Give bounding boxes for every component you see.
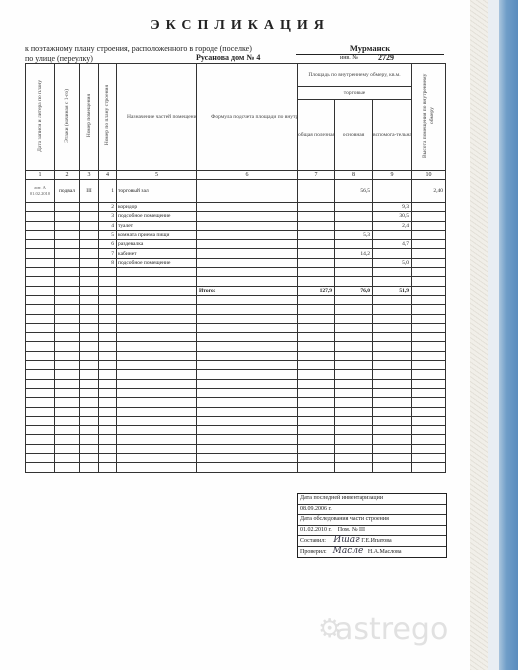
table-cell — [298, 361, 335, 370]
plan-number-cell: 4 — [99, 221, 117, 230]
inventory-label: инв. № — [340, 55, 358, 61]
column-number: 6 — [197, 171, 298, 180]
table-cell — [99, 463, 117, 472]
basic-area-cell — [335, 203, 373, 212]
table-cell — [55, 240, 80, 249]
table-cell — [373, 314, 412, 323]
table-cell — [99, 416, 117, 425]
height-cell — [412, 258, 446, 267]
purpose-cell: подсобное помещение — [117, 258, 197, 267]
table-cell — [197, 426, 298, 435]
purpose-cell: коридор — [117, 203, 197, 212]
header-room-number: Номер помещения — [80, 64, 99, 171]
table-cell — [80, 435, 99, 444]
table-cell — [335, 323, 373, 332]
purpose-cell: подсобное помещение — [117, 212, 197, 221]
table-cell — [55, 277, 80, 286]
table-cell — [298, 388, 335, 397]
table-cell — [55, 203, 80, 212]
table-cell — [26, 333, 55, 342]
table-cell — [373, 463, 412, 472]
table-cell — [197, 333, 298, 342]
table-cell — [55, 258, 80, 267]
table-cell — [55, 323, 80, 332]
basic-area-cell: 56,5 — [335, 180, 373, 203]
table-cell — [373, 379, 412, 388]
table-row: 7кабинет14,2 — [26, 249, 446, 258]
table-cell — [26, 277, 55, 286]
table-cell — [373, 277, 412, 286]
table-cell — [197, 221, 298, 230]
table-cell — [197, 407, 298, 416]
table-cell — [117, 295, 197, 304]
table-cell — [80, 258, 99, 267]
table-cell — [26, 444, 55, 453]
table-cell — [55, 426, 80, 435]
table-cell — [298, 342, 335, 351]
basic-area-cell: 14,2 — [335, 249, 373, 258]
table-cell — [117, 314, 197, 323]
table-cell — [26, 212, 55, 221]
table-cell — [26, 361, 55, 370]
table-cell — [55, 212, 80, 221]
table-cell — [335, 361, 373, 370]
table-cell — [55, 305, 80, 314]
aux-area-cell: 2,4 — [373, 221, 412, 230]
table-cell — [99, 351, 117, 360]
table-cell — [99, 314, 117, 323]
table-row — [26, 407, 446, 416]
table-cell — [412, 342, 446, 351]
table-cell — [298, 203, 335, 212]
street-line: по улице (переулку) — [25, 54, 93, 63]
table-cell — [412, 268, 446, 277]
table-cell — [55, 351, 80, 360]
table-row — [26, 351, 446, 360]
table-cell — [26, 240, 55, 249]
table-cell — [99, 407, 117, 416]
folder-edge — [499, 0, 518, 670]
watermark-text: astrego — [335, 612, 448, 647]
table-row: Итого:127,976,051,9 — [26, 286, 446, 295]
table-cell — [373, 407, 412, 416]
total-label: Итого: — [197, 286, 298, 295]
table-cell — [335, 342, 373, 351]
table-row — [26, 370, 446, 379]
table-cell — [55, 342, 80, 351]
table-row — [26, 398, 446, 407]
table-cell — [298, 249, 335, 258]
table-cell — [197, 435, 298, 444]
table-cell — [298, 258, 335, 267]
table-cell — [99, 379, 117, 388]
table-cell — [99, 370, 117, 379]
column-number: 7 — [298, 171, 335, 180]
table-cell — [197, 379, 298, 388]
plan-number-cell: 7 — [99, 249, 117, 258]
table-cell — [335, 463, 373, 472]
table-cell — [412, 398, 446, 407]
plan-number-cell: 5 — [99, 230, 117, 239]
table-cell — [298, 463, 335, 472]
table-cell — [26, 305, 55, 314]
table-cell — [197, 305, 298, 314]
table-cell — [412, 361, 446, 370]
table-cell — [197, 203, 298, 212]
column-number: 3 — [80, 171, 99, 180]
table-row — [26, 342, 446, 351]
basic-area-cell — [335, 212, 373, 221]
table-cell — [373, 398, 412, 407]
table-cell — [373, 268, 412, 277]
column-number: 4 — [99, 171, 117, 180]
column-number: 1 — [26, 171, 55, 180]
table-row: 6раздевалка4,7 — [26, 240, 446, 249]
table-row — [26, 305, 446, 314]
table-cell — [117, 416, 197, 425]
table-cell — [298, 277, 335, 286]
table-cell — [197, 454, 298, 463]
table-cell — [26, 454, 55, 463]
table-cell — [298, 379, 335, 388]
table-cell — [373, 305, 412, 314]
table-cell — [412, 351, 446, 360]
table-cell — [373, 370, 412, 379]
table-cell — [55, 388, 80, 397]
inventory-number: 2729 — [378, 53, 394, 62]
table-cell — [373, 295, 412, 304]
table-cell — [117, 268, 197, 277]
table-cell — [412, 295, 446, 304]
purpose-cell: туалет — [117, 221, 197, 230]
date-litera-cell: лит. А01.02.2010 — [26, 180, 55, 203]
table-row — [26, 463, 446, 472]
table-cell — [55, 398, 80, 407]
table-cell — [55, 370, 80, 379]
explication-table: Дата записи и литера по плану Этажи (нач… — [25, 63, 446, 473]
table-cell — [80, 212, 99, 221]
table-cell — [117, 454, 197, 463]
table-cell — [80, 463, 99, 472]
table-cell — [197, 212, 298, 221]
table-cell — [55, 454, 80, 463]
table-cell — [26, 286, 55, 295]
table-cell — [197, 277, 298, 286]
table-cell — [55, 361, 80, 370]
table-cell — [80, 370, 99, 379]
table-cell — [197, 398, 298, 407]
aux-area-cell — [373, 180, 412, 203]
table-cell — [26, 379, 55, 388]
table-cell — [80, 268, 99, 277]
table-cell — [373, 388, 412, 397]
table-cell — [117, 277, 197, 286]
height-cell — [412, 221, 446, 230]
table-cell — [412, 407, 446, 416]
table-cell — [117, 407, 197, 416]
document-title: ЭКСПЛИКАЦИЯ — [0, 18, 480, 34]
table-cell — [99, 361, 117, 370]
table-cell — [298, 398, 335, 407]
table-cell — [26, 314, 55, 323]
height-cell: 2,40 — [412, 180, 446, 203]
table-cell — [55, 407, 80, 416]
table-cell — [117, 379, 197, 388]
column-number: 2 — [55, 171, 80, 180]
floor-cell: подвал — [55, 180, 80, 203]
table-cell — [117, 333, 197, 342]
table-cell — [55, 286, 80, 295]
table-cell — [373, 361, 412, 370]
table-cell — [99, 323, 117, 332]
table-cell — [80, 323, 99, 332]
table-cell — [335, 370, 373, 379]
checked-name: Н.А.Маслова — [368, 549, 402, 555]
last-inventory-label: Дата последней инвентаризации — [298, 494, 446, 505]
aux-area-cell: 4,7 — [373, 240, 412, 249]
purpose-cell: комната приема пищи — [117, 230, 197, 239]
table-row — [26, 323, 446, 332]
table-cell — [99, 305, 117, 314]
table-cell — [335, 416, 373, 425]
table-cell — [298, 370, 335, 379]
table-cell — [99, 398, 117, 407]
table-cell — [99, 444, 117, 453]
table-cell — [80, 203, 99, 212]
page-edge — [488, 0, 499, 670]
table-cell — [80, 351, 99, 360]
header-height: Высота помещения по внутреннему обмеру — [412, 64, 446, 171]
table-cell — [80, 305, 99, 314]
purpose-cell: раздевалка — [117, 240, 197, 249]
table-cell — [335, 398, 373, 407]
table-cell — [80, 230, 99, 239]
table-cell — [26, 295, 55, 304]
aux-area-cell — [373, 249, 412, 258]
table-cell — [335, 444, 373, 453]
table-cell — [117, 305, 197, 314]
compiled-signature: Ишаг — [333, 535, 359, 545]
table-cell — [298, 268, 335, 277]
table-cell — [80, 249, 99, 258]
table-cell — [117, 444, 197, 453]
basic-area-cell: 5,3 — [335, 230, 373, 239]
table-cell — [298, 305, 335, 314]
column-number: 10 — [412, 171, 446, 180]
table-cell — [55, 435, 80, 444]
table-cell — [412, 314, 446, 323]
table-cell — [197, 342, 298, 351]
table-cell — [197, 249, 298, 258]
table-cell — [412, 286, 446, 295]
header-trade-group: торговые — [298, 87, 412, 100]
table-cell — [26, 342, 55, 351]
binding-strip — [470, 0, 488, 670]
table-cell — [117, 342, 197, 351]
table-cell — [80, 314, 99, 323]
table-cell — [412, 379, 446, 388]
last-inventory-date: 08.09.2006 г. — [298, 505, 446, 516]
header-area-group: Площадь по внутреннему обмеру, кв.м. — [298, 64, 412, 87]
checked-row: Проверил: Масле Н.А.Маслова — [298, 547, 446, 557]
table-cell — [197, 463, 298, 472]
table-cell — [373, 444, 412, 453]
street-value: Русанова дом № 4 — [196, 53, 260, 62]
table-row: лит. А01.02.2010подвалIII1торговый зал56… — [26, 180, 446, 203]
table-cell — [298, 295, 335, 304]
table-cell — [412, 305, 446, 314]
table-cell — [298, 351, 335, 360]
height-cell — [412, 203, 446, 212]
table-cell — [80, 333, 99, 342]
header-total-area: общая полезная — [298, 100, 335, 171]
table-cell — [80, 342, 99, 351]
table-cell — [373, 342, 412, 351]
table-cell — [412, 277, 446, 286]
table-cell — [117, 286, 197, 295]
table-cell — [55, 444, 80, 453]
table-cell — [80, 286, 99, 295]
table-cell — [117, 361, 197, 370]
table-cell — [26, 323, 55, 332]
table-row — [26, 314, 446, 323]
table-cell — [26, 221, 55, 230]
table-cell — [373, 323, 412, 332]
table-cell — [335, 388, 373, 397]
table-cell — [298, 454, 335, 463]
table-cell — [80, 426, 99, 435]
height-cell — [412, 240, 446, 249]
total-aux: 51,9 — [373, 286, 412, 295]
table-cell — [412, 416, 446, 425]
table-cell — [373, 435, 412, 444]
table-cell — [335, 435, 373, 444]
table-cell — [197, 314, 298, 323]
column-number: 9 — [373, 171, 412, 180]
aux-area-cell: 30,5 — [373, 212, 412, 221]
table-cell — [26, 258, 55, 267]
table-cell — [373, 416, 412, 425]
table-cell — [412, 370, 446, 379]
table-cell — [80, 416, 99, 425]
table-cell — [117, 388, 197, 397]
table-cell — [197, 444, 298, 453]
table-cell — [412, 454, 446, 463]
table-cell — [80, 407, 99, 416]
survey-date-row: 01.02.2010 г. Пом. № III — [298, 526, 446, 537]
table-cell — [55, 463, 80, 472]
table-cell — [55, 221, 80, 230]
column-number: 8 — [335, 171, 373, 180]
table-cell — [99, 426, 117, 435]
table-cell — [335, 277, 373, 286]
plan-number-cell: 3 — [99, 212, 117, 221]
table-cell — [298, 333, 335, 342]
table-cell — [298, 221, 335, 230]
table-cell — [55, 295, 80, 304]
table-cell — [26, 370, 55, 379]
table-cell — [80, 388, 99, 397]
table-cell — [99, 295, 117, 304]
table-cell — [80, 361, 99, 370]
table-cell — [197, 370, 298, 379]
table-cell — [335, 407, 373, 416]
table-row — [26, 435, 446, 444]
table-cell — [80, 379, 99, 388]
table-row — [26, 444, 446, 453]
table-row — [26, 361, 446, 370]
table-cell — [26, 268, 55, 277]
table-row — [26, 333, 446, 342]
plan-number-cell: 8 — [99, 258, 117, 267]
table-cell — [26, 351, 55, 360]
table-row: 8подсобное помещение5,0 — [26, 258, 446, 267]
signature-box: Дата последней инвентаризации 08.09.2006… — [297, 493, 447, 558]
table-cell — [55, 416, 80, 425]
table-row — [26, 277, 446, 286]
basic-area-cell — [335, 221, 373, 230]
table-body: лит. А01.02.2010подвалIII1торговый зал56… — [26, 180, 446, 473]
table-cell — [117, 323, 197, 332]
table-cell — [412, 333, 446, 342]
table-cell — [412, 463, 446, 472]
table-cell — [99, 388, 117, 397]
table-cell — [197, 268, 298, 277]
survey-label: Дата обследования части строения — [298, 515, 446, 526]
table-cell — [197, 295, 298, 304]
table-cell — [99, 286, 117, 295]
height-cell — [412, 249, 446, 258]
table-cell — [80, 444, 99, 453]
aux-area-cell: 9,3 — [373, 203, 412, 212]
compiled-name: Г.Е.Ипатова — [361, 538, 391, 544]
table-cell — [335, 314, 373, 323]
table-cell — [197, 361, 298, 370]
table-row — [26, 295, 446, 304]
table-row: 2коридор9,3 — [26, 203, 446, 212]
column-number: 5 — [117, 171, 197, 180]
table-cell — [412, 435, 446, 444]
basic-area-cell — [335, 258, 373, 267]
table-cell — [26, 416, 55, 425]
table-row: 4туалет2,4 — [26, 221, 446, 230]
table-row — [26, 426, 446, 435]
table-cell — [373, 454, 412, 463]
table-cell — [55, 379, 80, 388]
table-cell — [80, 398, 99, 407]
total-area: 127,9 — [298, 286, 335, 295]
table-row — [26, 379, 446, 388]
table-cell — [26, 398, 55, 407]
table-cell — [298, 240, 335, 249]
table-cell — [26, 426, 55, 435]
location-line: к поэтажному плану строения, расположенн… — [25, 44, 252, 53]
aux-area-cell — [373, 230, 412, 239]
plan-number-cell: 2 — [99, 203, 117, 212]
table-cell — [298, 323, 335, 332]
table-cell — [197, 230, 298, 239]
table-cell — [197, 351, 298, 360]
aux-area-cell: 5,0 — [373, 258, 412, 267]
table-cell — [26, 435, 55, 444]
header-basic-area: основная — [335, 100, 373, 171]
table-cell — [373, 426, 412, 435]
table-cell — [80, 295, 99, 304]
purpose-cell: торговый зал — [117, 180, 197, 203]
table-cell — [335, 295, 373, 304]
table-row — [26, 388, 446, 397]
table-row: 5комната приема пищи5,3 — [26, 230, 446, 239]
